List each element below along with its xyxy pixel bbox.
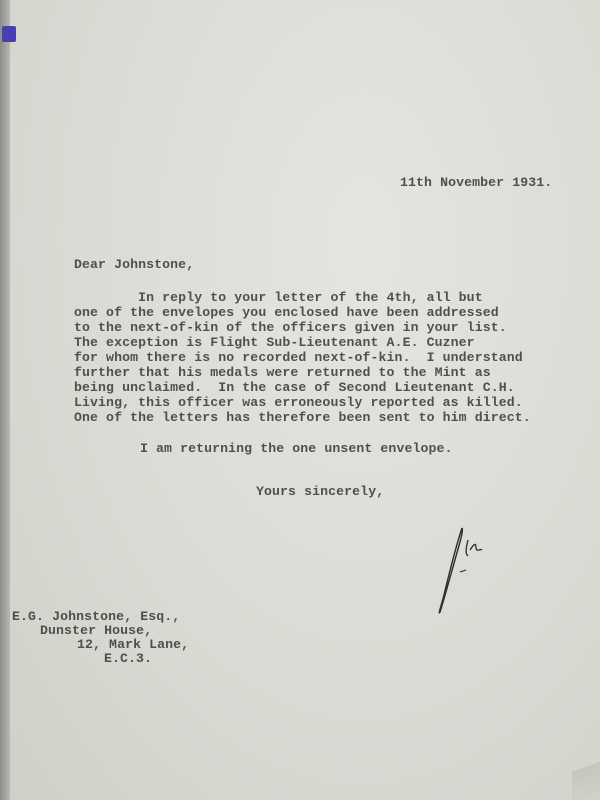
closing-paragraph: I am returning the one unsent envelope. [140, 441, 453, 456]
closing: Yours sincerely, [256, 484, 384, 499]
body-line: The exception is Flight Sub-Lieutenant A… [74, 335, 475, 350]
salutation: Dear Johnstone, [74, 257, 194, 272]
address-line-name: E.G. Johnstone, Esq., [12, 609, 180, 624]
body-line: In reply to your letter of the 4th, all … [74, 290, 483, 305]
paper-clip [2, 26, 16, 42]
body-line: one of the envelopes you enclosed have b… [74, 305, 499, 320]
page-corner-fold [572, 740, 600, 800]
letter-date: 11th November 1931. [400, 175, 552, 190]
handwritten-signature [432, 520, 492, 620]
page-binding-edge [0, 0, 10, 800]
body-line: to the next-of-kin of the officers given… [74, 320, 507, 335]
address-line-street: 12, Mark Lane, [77, 637, 189, 652]
body-line: further that his medals were returned to… [74, 365, 491, 380]
body-line: being unclaimed. In the case of Second L… [74, 380, 515, 395]
body-line: for whom there is no recorded next-of-ki… [74, 350, 523, 365]
body-line: Living, this officer was erroneously rep… [74, 395, 523, 410]
address-line-building: Dunster House, [40, 623, 152, 638]
body-line: One of the letters has therefore been se… [74, 410, 531, 425]
address-line-postcode: E.C.3. [104, 651, 152, 666]
